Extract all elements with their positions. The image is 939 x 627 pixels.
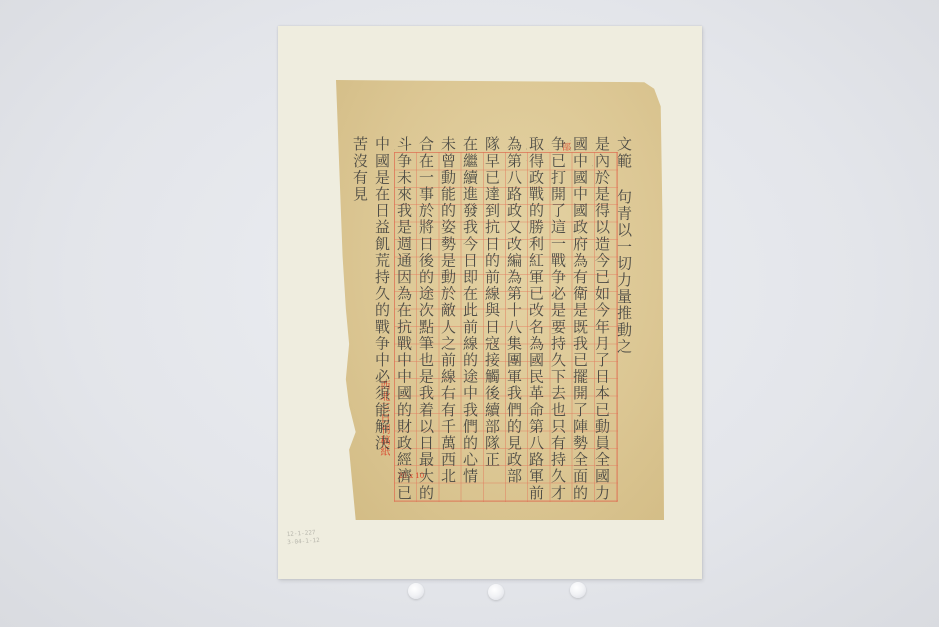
text-column: 是內於是得以造今已如今年月了日本已動員全國力量來: [592, 136, 610, 516]
text-column: 隊早已達到抗日的前線與日寇接觸後續部隊正: [482, 136, 500, 516]
handwritten-text: 文範 句青以一切力量推動之 是內於是得以造今已如今年月了日本已動員全國力量來 國…: [350, 136, 632, 516]
text-column: 文範 句青以一切力量推動之: [614, 136, 632, 516]
text-column: 斗争未來我是週通因為在抗戰中中國的財政經濟已並: [394, 136, 412, 516]
mount-peg-right: [570, 582, 586, 598]
manuscript-sheet: 部 西北三日刊稿紙 20 x 10 文範 句青以一切力量推動之 是內於是得以造今…: [336, 80, 664, 520]
text-column: 為第八路政又改編為第十八集團軍我們的見政部: [504, 136, 522, 516]
mount-peg-left: [408, 583, 424, 599]
text-column: 國中國中國政府為有衛是既我已擺開了陣勢全面的戰: [570, 136, 588, 516]
text-column: 取得政戰的勝利紅軍已改名為國民革命第八路軍前線編: [526, 136, 544, 516]
archive-pencil-note: 12-1-227 3-04-1-12: [286, 529, 320, 547]
text-column: 争已打開了這一戰争必是要持久下去也只有持久才能: [548, 136, 566, 516]
text-column: 合在一事於將日後的途次點筆也是我着以日最大的: [416, 136, 434, 516]
mount-peg-center: [488, 584, 504, 600]
text-column: 未曾動能的姿勢是動於敵人之前線右有千萬西北: [438, 136, 456, 516]
text-column: 在繼續進發我今日即在此前線的途中我們的心情: [460, 136, 478, 516]
text-column: 中國是在日益飢荒持久的戰争中必須能解決: [372, 136, 390, 516]
text-column: 苦沒有見: [350, 136, 368, 516]
